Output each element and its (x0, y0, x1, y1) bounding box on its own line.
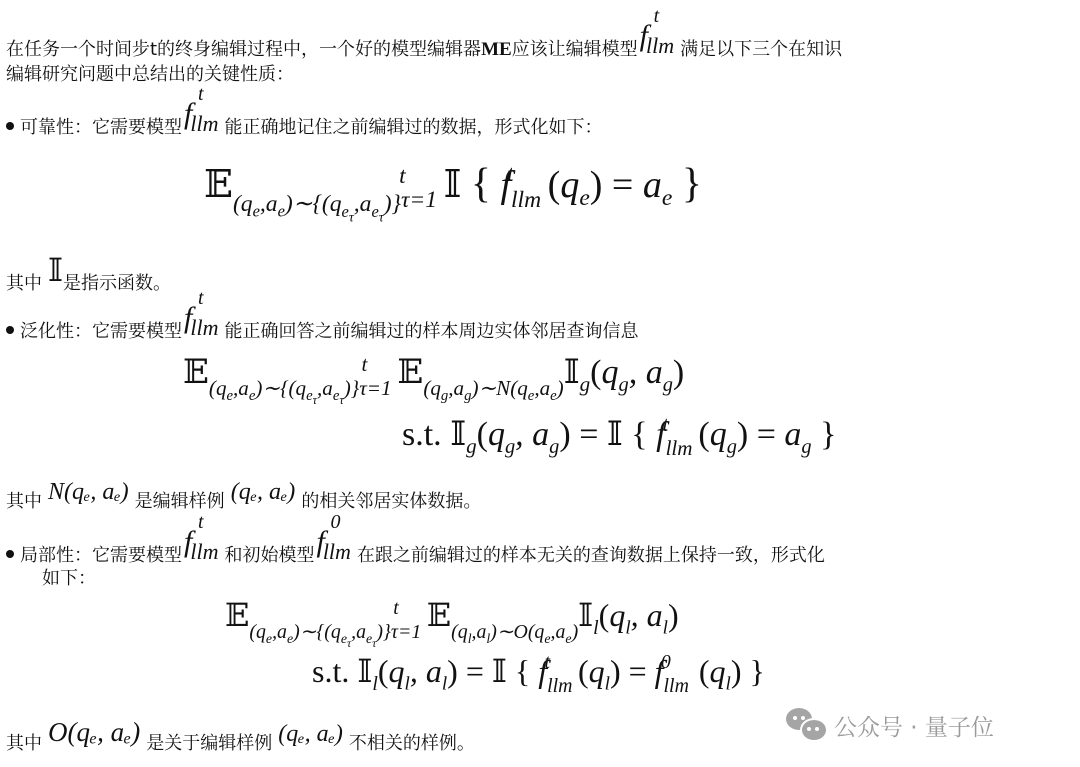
me-label: ME (481, 39, 512, 60)
equation-locality-line-2: s.t. 𝕀l(ql, al) = 𝕀 { fllmt(ql) = fllm0(… (312, 652, 765, 695)
intro-line-1: 在任务一个时间步t的终身编辑过程中，一个好的模型编辑器ME应该让编辑模型ftll… (6, 34, 842, 62)
edit-sample-symbol: (qₑ, aₑ) (278, 721, 343, 747)
edit-sample-symbol: (qₑ, aₑ) (231, 479, 296, 505)
note-indicator: 其中 𝕀是指示函数。 (6, 266, 171, 296)
equation-reliability: 𝔼(qe,ae)∼{(qeτ,aeτ)}τ=1t𝕀 { fllmt(qe) = … (204, 160, 702, 211)
neighbor-set-symbol: N(qₑ, aₑ) (48, 479, 129, 505)
bullet-icon (6, 122, 14, 130)
note-neighbor: 其中 N(qₑ, aₑ) 是编辑样例 (qₑ, aₑ) 的相关邻居实体数据。 (6, 488, 481, 514)
wechat-icon (786, 708, 826, 742)
bullet-icon (6, 326, 14, 334)
watermark: 公众号 · 量子位 (786, 708, 994, 742)
f-llm-t-symbol: ftllm (184, 540, 220, 567)
intro-line-2: 编辑研究问题中总结出的关键性质： (6, 62, 294, 87)
f-llm-0-symbol: f0llm (316, 540, 352, 567)
equation-generalization-line-1: 𝔼(qe,ae)∼{(qeτ,aeτ)}τ=1t𝔼(qg,ag)∼N(qe,ae… (183, 352, 684, 397)
property-locality-cont: 如下： (42, 566, 96, 591)
watermark-text: 公众号 · 量子位 (834, 709, 994, 742)
unrelated-set-symbol: O(qₑ, aₑ) (48, 717, 140, 747)
f-llm-t-symbol: ftllm (184, 112, 220, 139)
property-generalization: 泛化性：它需要模型ftllm能正确回答之前编辑过的样本周边实体邻居查询信息 (6, 316, 638, 344)
f-llm-t-symbol: ftllm (184, 316, 220, 343)
equation-locality-line-1: 𝔼(qe,ae)∼{(qeτ,aeτ)}τ=1t𝔼(ql,al)∼O(qe,ae… (225, 596, 679, 639)
property-reliability: 可靠性：它需要模型ftllm能正确地记住之前编辑过的数据，形式化如下： (6, 112, 602, 140)
property-locality: 局部性：它需要模型ftllm和初始模型f0llm在跟之前编辑过的样本无关的查询数… (6, 540, 825, 568)
indicator-symbol: 𝕀 (48, 251, 63, 289)
equation-generalization-line-2: s.t. 𝕀g(qg, ag) = 𝕀 { fllmt(qg) = ag } (402, 414, 836, 459)
bullet-icon (6, 550, 14, 558)
f-llm-t-symbol: ftllm (640, 34, 676, 61)
note-unrelated: 其中 O(qₑ, aₑ) 是关于编辑样例 (qₑ, aₑ) 不相关的样例。 (6, 728, 475, 756)
